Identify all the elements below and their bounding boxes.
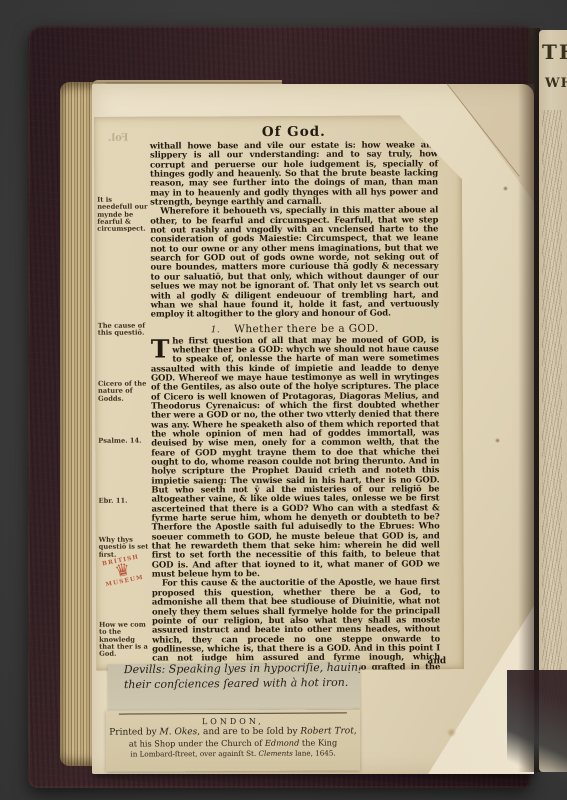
imprint-text: , — [354, 726, 357, 736]
margin-note: The cause of this questiō. — [98, 323, 150, 338]
imprint-text: at his Shop under the Church of — [129, 738, 265, 749]
margin-note: Ebr. 11. — [98, 498, 150, 506]
facing-page-sliver: TH WH — [539, 30, 567, 772]
imprint-text: Printed by — [109, 727, 159, 737]
imprint-line: Printed by M. Okes, and are to be ſold b… — [106, 726, 360, 737]
page-header: Of God. — [150, 123, 438, 140]
facing-page-title-letters: TH — [542, 40, 567, 64]
body-paragraph: Wherefore it behoueth vs, specially in t… — [150, 207, 438, 320]
imprint-line: in Lombard-ſtreet, over againſt St. Clem… — [106, 748, 360, 758]
italic-fragment: Devills: Speaking lyes in hypocriſie, ha… — [108, 662, 360, 712]
catchword: and — [427, 656, 446, 666]
imprint-text: the King — [299, 737, 337, 747]
margin-note: How we com to the knowledg that ther is … — [99, 622, 151, 659]
imprint-text: Robert Trot — [300, 726, 353, 736]
italic-line: their conſciences ſeared with à hot iron… — [108, 675, 360, 693]
horizontal-rule — [119, 712, 347, 714]
foxing-spot — [446, 728, 457, 737]
imprint-fragment: LONDON, Printed by M. Okes, and are to b… — [106, 709, 360, 771]
margin-note: Psalme. 14. — [98, 438, 150, 446]
section-heading: 1.Whether there be a GOD. — [151, 322, 439, 335]
imprint-text: Clements — [258, 749, 292, 758]
imprint-line: at his Shop under the Church of Edmond t… — [106, 737, 360, 748]
imprint-text: M. Okes — [159, 727, 197, 737]
margin-note: It is needefull our mynde be fearful & c… — [97, 197, 149, 234]
section-number: 1. — [211, 325, 220, 335]
paragraph-text: he first question of all that may be mou… — [151, 335, 440, 580]
body-text-block: withall howe base and vile our estate is… — [150, 141, 441, 720]
imprint-text: in Lombard-ſtreet, over againſt St. — [130, 749, 258, 759]
facing-page-title-letters: WH — [545, 76, 567, 91]
imprint-text: , and are to be ſold by — [197, 727, 300, 738]
body-paragraph: withall howe base and vile our estate is… — [150, 141, 438, 208]
foxing-spot — [503, 186, 508, 191]
drop-cap-initial: T — [151, 338, 170, 359]
handwritten-marginalia — [542, 110, 562, 710]
gutter-shadow — [518, 28, 540, 772]
section-title: Whether there be a GOD. — [234, 322, 379, 335]
folio-showthrough: Fol. — [108, 133, 129, 144]
body-paragraph: The first question of all that may be mo… — [151, 336, 440, 580]
imprint-text: Edmond — [265, 738, 299, 748]
bottom-right-board-shadow — [507, 670, 567, 800]
british-museum-stamp: BRITISH ♛ MUSEUM — [98, 553, 148, 588]
foxing-spot — [495, 438, 500, 443]
printed-fragment-of-god: Fol. Of God. It is needefull our mynde b… — [94, 115, 464, 671]
imprint-text: lane, 1645. — [293, 748, 336, 757]
imprint-city: LONDON, — [106, 716, 360, 726]
margin-note: Cicero of the nature of Godds. — [98, 381, 150, 403]
photo-backdrop: Fol. Of God. It is needefull our mynde b… — [0, 0, 567, 800]
